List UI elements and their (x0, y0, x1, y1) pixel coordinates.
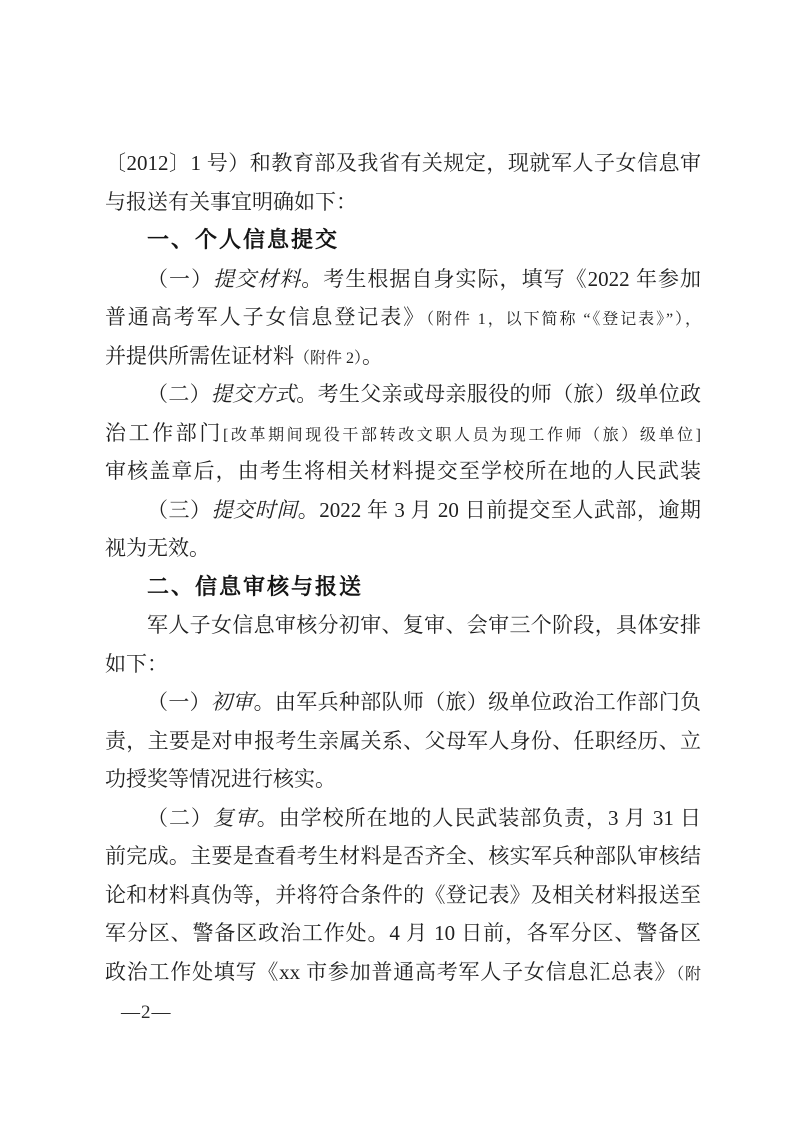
text-run: （三） (147, 498, 212, 522)
text-line: 如下： (105, 645, 701, 684)
text-line: 政治工作处填写《xx 市参加普通高考军人子女信息汇总表》（附 (105, 953, 701, 992)
text-run: 功授奖等情况进行核实。 (105, 767, 336, 791)
text-line: （二）提交方式。考生父亲或母亲服役的师（旅）级单位政 (105, 375, 701, 414)
text-run: 。考生父亲或母亲服役的师（旅）级单位政 (296, 382, 701, 406)
text-run: 前完成。主要是查看考生材料是否齐全、核实军兵种部队审核结 (105, 844, 701, 868)
text-run: 提交材料 (213, 267, 301, 291)
text-line: 军人子女信息审核分初审、复审、会审三个阶段，具体安排 (105, 606, 701, 645)
text-run: （一） (147, 267, 213, 291)
text-run: 〔2012〕1 号）和教育部及我省有关规定，现就军人子女信息审核 (105, 151, 701, 183)
text-line: （三）提交时间。2022 年 3 月 20 日前提交至人武部，逾期 (105, 491, 701, 530)
text-run: 军分区、警备区政治工作处。4 月 10 日前，各军分区、警备区 (105, 921, 701, 945)
text-run: 。考生根据自身实际，填写《2022 年参加 (301, 267, 701, 291)
text-line: （一）提交材料。考生根据自身实际，填写《2022 年参加 (105, 260, 701, 299)
text-run: 二、信息审核与报送 (147, 574, 363, 599)
text-run: 军人子女信息审核分初审、复审、会审三个阶段，具体安排 (147, 613, 701, 637)
text-line: 功授奖等情况进行核实。 (105, 760, 701, 799)
text-run: 与报送有关事宜明确如下： (105, 190, 357, 214)
text-run: （一） (147, 690, 211, 714)
text-run: （二） (147, 806, 213, 830)
text-run: 提交方式 (211, 382, 296, 406)
page-number: —2— (121, 994, 172, 1032)
text-line: 军分区、警备区政治工作处。4 月 10 日前，各军分区、警备区 (105, 914, 701, 953)
text-line: 论和材料真伪等，并将符合条件的《登记表》及相关材料报送至 (105, 876, 701, 915)
text-line: 〔2012〕1 号）和教育部及我省有关规定，现就军人子女信息审核 (105, 144, 701, 183)
text-run: 。由军兵种部队师（旅）级单位政治工作部门负 (254, 690, 701, 714)
text-run: 政治工作处填写《xx 市参加普通高考军人子女信息汇总表》 (105, 960, 676, 984)
text-line: 普通高考军人子女信息登记表》（附件 1，以下简称 “《登记表》”）， (105, 298, 701, 337)
text-line: 治工作部门[改革期间现役干部转改文职人员为现工作师（旅）级单位] (105, 414, 701, 453)
text-run: （二） (147, 382, 211, 406)
text-run: 。由学校所在地的人民武装部负责，3 月 31 日 (257, 806, 701, 830)
document-page: 〔2012〕1 号）和教育部及我省有关规定，现就军人子女信息审核与报送有关事宜明… (0, 0, 794, 1123)
text-line: （二）复审。由学校所在地的人民武装部负责，3 月 31 日 (105, 799, 701, 838)
text-run: 复审 (213, 806, 257, 830)
text-run: 初审 (211, 690, 254, 714)
text-line: 并提供所需佐证材料（附件 2）。 (105, 337, 701, 376)
text-run: （附 (676, 966, 701, 983)
text-line: 视为无效。 (105, 529, 701, 568)
text-run: 审核盖章后，由考生将相关材料提交至学校所在地的人民武装部。 (105, 459, 701, 491)
text-run: 普通高考军人子女信息登记表》 (105, 305, 426, 329)
text-run: （附件 2） (294, 350, 362, 367)
text-line: 与报送有关事宜明确如下： (105, 183, 701, 222)
text-run: 提交时间 (212, 498, 298, 522)
document-body: 〔2012〕1 号）和教育部及我省有关规定，现就军人子女信息审核与报送有关事宜明… (105, 144, 701, 991)
section-heading: 二、信息审核与报送 (105, 568, 701, 607)
text-run: 。2022 年 3 月 20 日前提交至人武部，逾期 (298, 498, 701, 522)
text-line: 责，主要是对申报考生亲属关系、父母军人身份、任职经历、立 (105, 722, 701, 761)
text-run: 一、个人信息提交 (147, 227, 339, 252)
text-run: 治工作部门 (105, 421, 223, 445)
text-run: [改革期间现役干部转改文职人员为现工作师（旅）级单位] (223, 427, 701, 444)
text-run: 视为无效。 (105, 536, 210, 560)
text-line: 审核盖章后，由考生将相关材料提交至学校所在地的人民武装部。 (105, 452, 701, 491)
text-run: 责，主要是对申报考生亲属关系、父母军人身份、任职经历、立 (105, 729, 701, 753)
section-heading: 一、个人信息提交 (105, 221, 701, 260)
text-run: 如下： (105, 652, 168, 676)
text-run: 论和材料真伪等，并将符合条件的《登记表》及相关材料报送至 (105, 883, 701, 907)
text-run: 。 (362, 344, 383, 368)
text-line: 前完成。主要是查看考生材料是否齐全、核实军兵种部队审核结 (105, 837, 701, 876)
text-run: 并提供所需佐证材料 (105, 344, 294, 368)
text-run: （附件 1，以下简称 “《登记表》”）， (426, 311, 701, 328)
text-line: （一）初审。由军兵种部队师（旅）级单位政治工作部门负 (105, 683, 701, 722)
